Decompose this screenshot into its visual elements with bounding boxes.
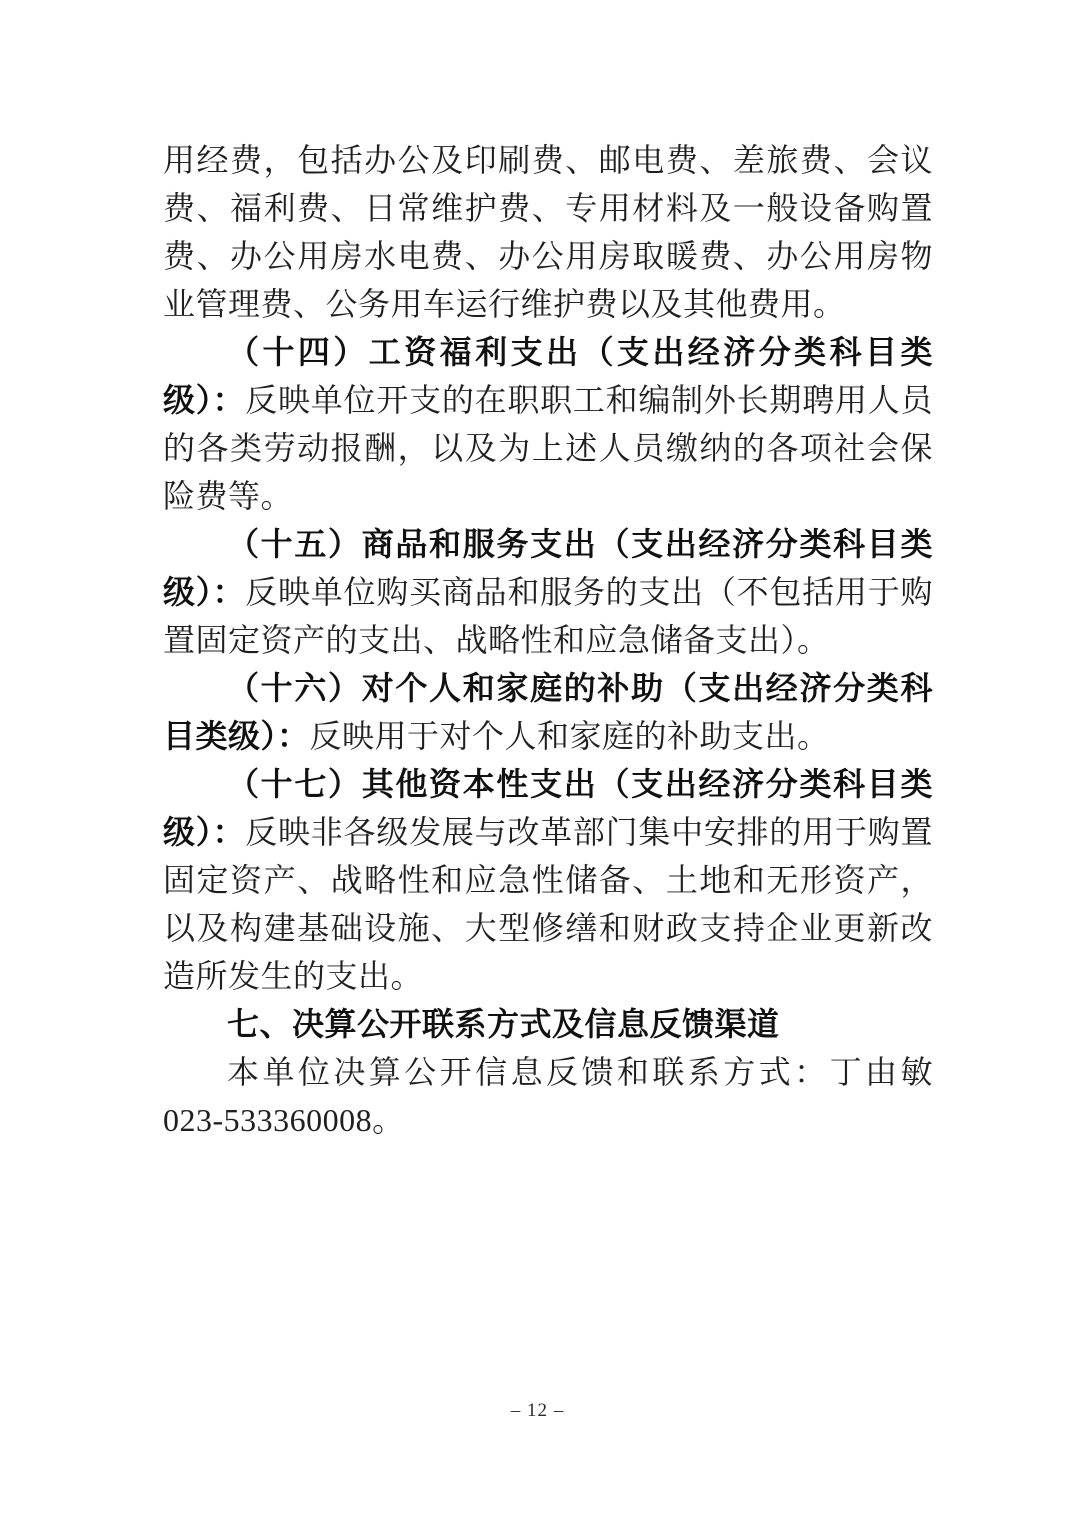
paragraph: （十六）对个人和家庭的补助（支出经济分类科目类级）：反映用于对个人和家庭的补助支… <box>163 664 933 760</box>
text-segment: 反映单位开支的在职职工和编制外长期聘用人员的各类劳动报酬，以及为上述人员缴纳的各… <box>163 382 933 514</box>
text-segment: 用经费，包括办公及印刷费、邮电费、差旅费、会议费、福利费、日常维护费、专用材料及… <box>163 142 933 322</box>
paragraph: 本单位决算公开信息反馈和联系方式：丁由敏023-533360008。 <box>163 1048 933 1144</box>
paragraph: 用经费，包括办公及印刷费、邮电费、差旅费、会议费、福利费、日常维护费、专用材料及… <box>163 136 933 328</box>
paragraph: （十五）商品和服务支出（支出经济分类科目类级）：反映单位购买商品和服务的支出（不… <box>163 520 933 664</box>
document-page: 用经费，包括办公及印刷费、邮电费、差旅费、会议费、福利费、日常维护费、专用材料及… <box>0 0 1075 1520</box>
text-segment: 七、决算公开联系方式及信息反馈渠道 <box>227 1006 780 1042</box>
text-segment: 反映用于对个人和家庭的补助支出。 <box>310 718 830 754</box>
document-body: 用经费，包括办公及印刷费、邮电费、差旅费、会议费、福利费、日常维护费、专用材料及… <box>163 136 933 1144</box>
text-segment: 本单位决算公开信息反馈和联系方式：丁由敏023-533360008。 <box>163 1054 933 1138</box>
paragraph: （十七）其他资本性支出（支出经济分类科目类级）：反映非各级发展与改革部门集中安排… <box>163 760 933 1000</box>
section-heading: 七、决算公开联系方式及信息反馈渠道 <box>163 1000 933 1048</box>
text-segment: 反映单位购买商品和服务的支出（不包括用于购置固定资产的支出、战略性和应急储备支出… <box>163 574 933 658</box>
paragraph: （十四）工资福利支出（支出经济分类科目类级）：反映单位开支的在职职工和编制外长期… <box>163 328 933 520</box>
text-segment: 反映非各级发展与改革部门集中安排的用于购置固定资产、战略性和应急性储备、土地和无… <box>163 814 933 994</box>
page-number: – 12 – <box>0 1398 1075 1424</box>
